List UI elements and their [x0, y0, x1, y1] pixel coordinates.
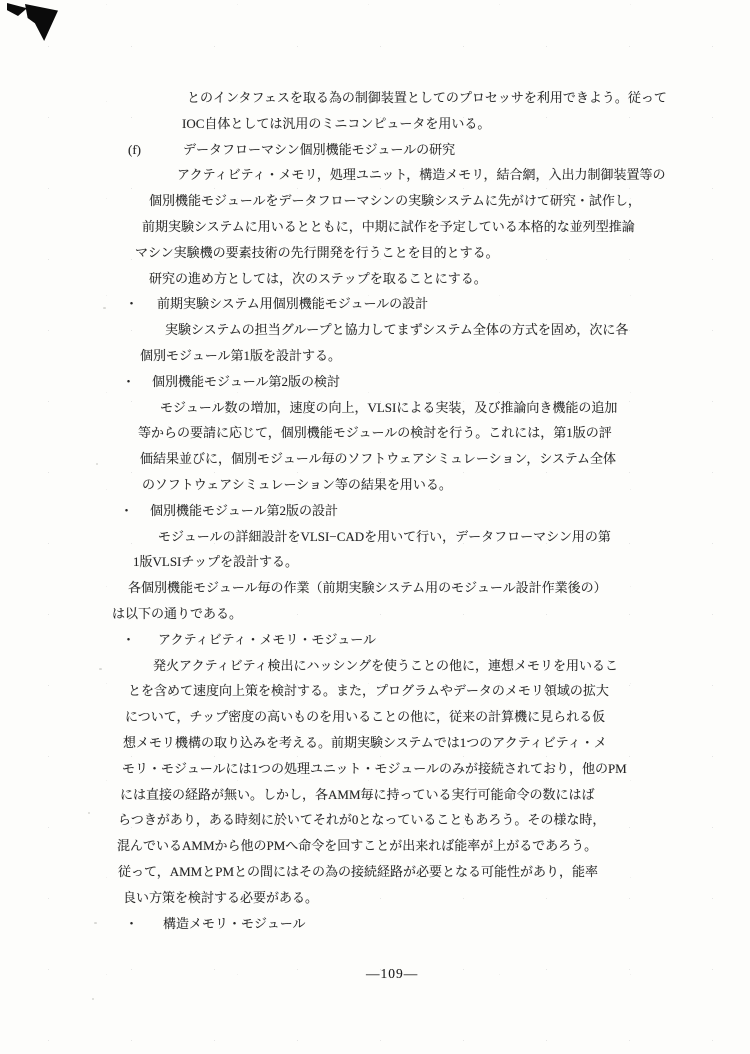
bullet-icon: ・	[125, 296, 138, 311]
text-line: 前期実験システムに用いるとともに，中期に試作を予定している本格的な並列型推論	[142, 219, 635, 234]
bullet-icon: ・	[125, 916, 138, 931]
text-line: 良い方策を検討する必要がある。	[123, 890, 318, 905]
text-line: 1版VLSIチップを設計する。	[133, 554, 298, 569]
scan-speck	[92, 998, 94, 1000]
scan-speck	[103, 307, 106, 309]
text-line: 混んでいるAMMから他のPMへ命令を回すことが出来れば能率が上がるであろう。	[117, 838, 597, 853]
text-line: 各個別機能モジュール毎の作業（前期実験システム用のモジュール設計作業後の）	[128, 580, 607, 595]
scan-speck	[88, 812, 90, 814]
list-label-f: (f)	[128, 142, 141, 157]
text-line: モリ・モジュールには1つの処理ユニット・モジュールのみが接続されており，他のPM	[122, 761, 627, 776]
text-line: モジュール数の増加，速度の向上，VLSIによる実装，及び推論向き機能の追加	[160, 400, 617, 415]
text-line: 価結果並びに，個別モジュール毎のソフトウェアシミュレーション，システム全体	[140, 451, 616, 466]
text-line: 個別機能モジュールをデータフローマシンの実験システムに先がけて研究・試作し，	[149, 193, 641, 208]
bullet-icon: ・	[122, 632, 135, 647]
text-line: には直接の経路が無い。しかし，各AMM毎に持っている実行可能命令の数にはば	[120, 787, 595, 802]
text-line: アクティビティ・メモリ・モジュール	[158, 632, 376, 647]
text-line: 前期実験システム用個別機能モジュールの設計	[157, 296, 428, 311]
scan-speck	[99, 668, 102, 670]
text-line: らつきがあり，ある時刻に於いてそれが0となっていることもあろう。その様な時，	[118, 812, 605, 827]
text-line: 実験システムの担当グループと協力してまずシステム全体の方式を固め，次に各	[165, 322, 628, 337]
text-line: IOC自体としては汎用のミニコンピュータを用いる。	[182, 116, 490, 131]
text-line: 研究の進め方としては，次のステップを取ることにする。	[149, 271, 487, 286]
text-line: について，チップ密度の高いものを用いることの他に，従来の計算機に見られる仮	[125, 709, 605, 724]
scan-artifact-mark	[25, 4, 58, 41]
text-line: モジュールの詳細設計をVLSI−CADを用いて行い，データフローマシン用の第	[158, 529, 611, 544]
text-line: とを含めて速度向上策を検討する。また，プログラムやデータのメモリ領域の拡大	[128, 683, 609, 698]
text-line: データフローマシン個別機能モジュールの研究	[183, 142, 455, 157]
text-line: アクティビティ・メモリ，処理ユニット，構造メモリ，結合網，入出力制御装置等の	[177, 167, 666, 182]
document-page: とのインタフェスを取る為の制御装置としてのプロセッサを利用できよう。従ってIOC…	[0, 0, 750, 1054]
scan-speck	[94, 922, 97, 924]
scan-speck	[465, 93, 467, 95]
scan-speck	[96, 463, 98, 465]
text-line: 個別モジュール第1版を設計する。	[140, 348, 341, 363]
text-line: は以下の通りである。	[112, 606, 242, 621]
text-line: 従って，AMMとPMとの間にはその為の接続経路が必要となる可能性があり，能率	[118, 864, 598, 879]
text-line: 個別機能モジュール第2版の設計	[150, 503, 338, 518]
text-line: とのインタフェスを取る為の制御装置としてのプロセッサを利用できよう。従って	[187, 90, 667, 105]
scan-artifact-mark	[7, 3, 27, 16]
bullet-icon: ・	[120, 503, 133, 518]
page-number: —109—	[366, 966, 418, 982]
text-line: のソフトウェアシミュレーション等の結果を用いる。	[142, 477, 452, 492]
bullet-icon: ・	[122, 374, 135, 389]
text-line: 個別機能モジュール第2版の検討	[152, 374, 340, 389]
text-line: 構造メモリ・モジュール	[163, 916, 305, 931]
text-line: 想メモリ機構の取り込みを考える。前期実験システムでは1つのアクティビティ・メ	[123, 735, 607, 750]
text-line: マシン実験機の要素技術の先行開発を行うことを目的とする。	[135, 245, 499, 260]
text-line: 発火アクティビティ検出にハッシングを使うことの他に，連想メモリを用いるこ	[153, 658, 618, 673]
text-line: 等からの要請に応じて，個別機能モジュールの検討を行う。これには，第1版の評	[138, 425, 612, 440]
